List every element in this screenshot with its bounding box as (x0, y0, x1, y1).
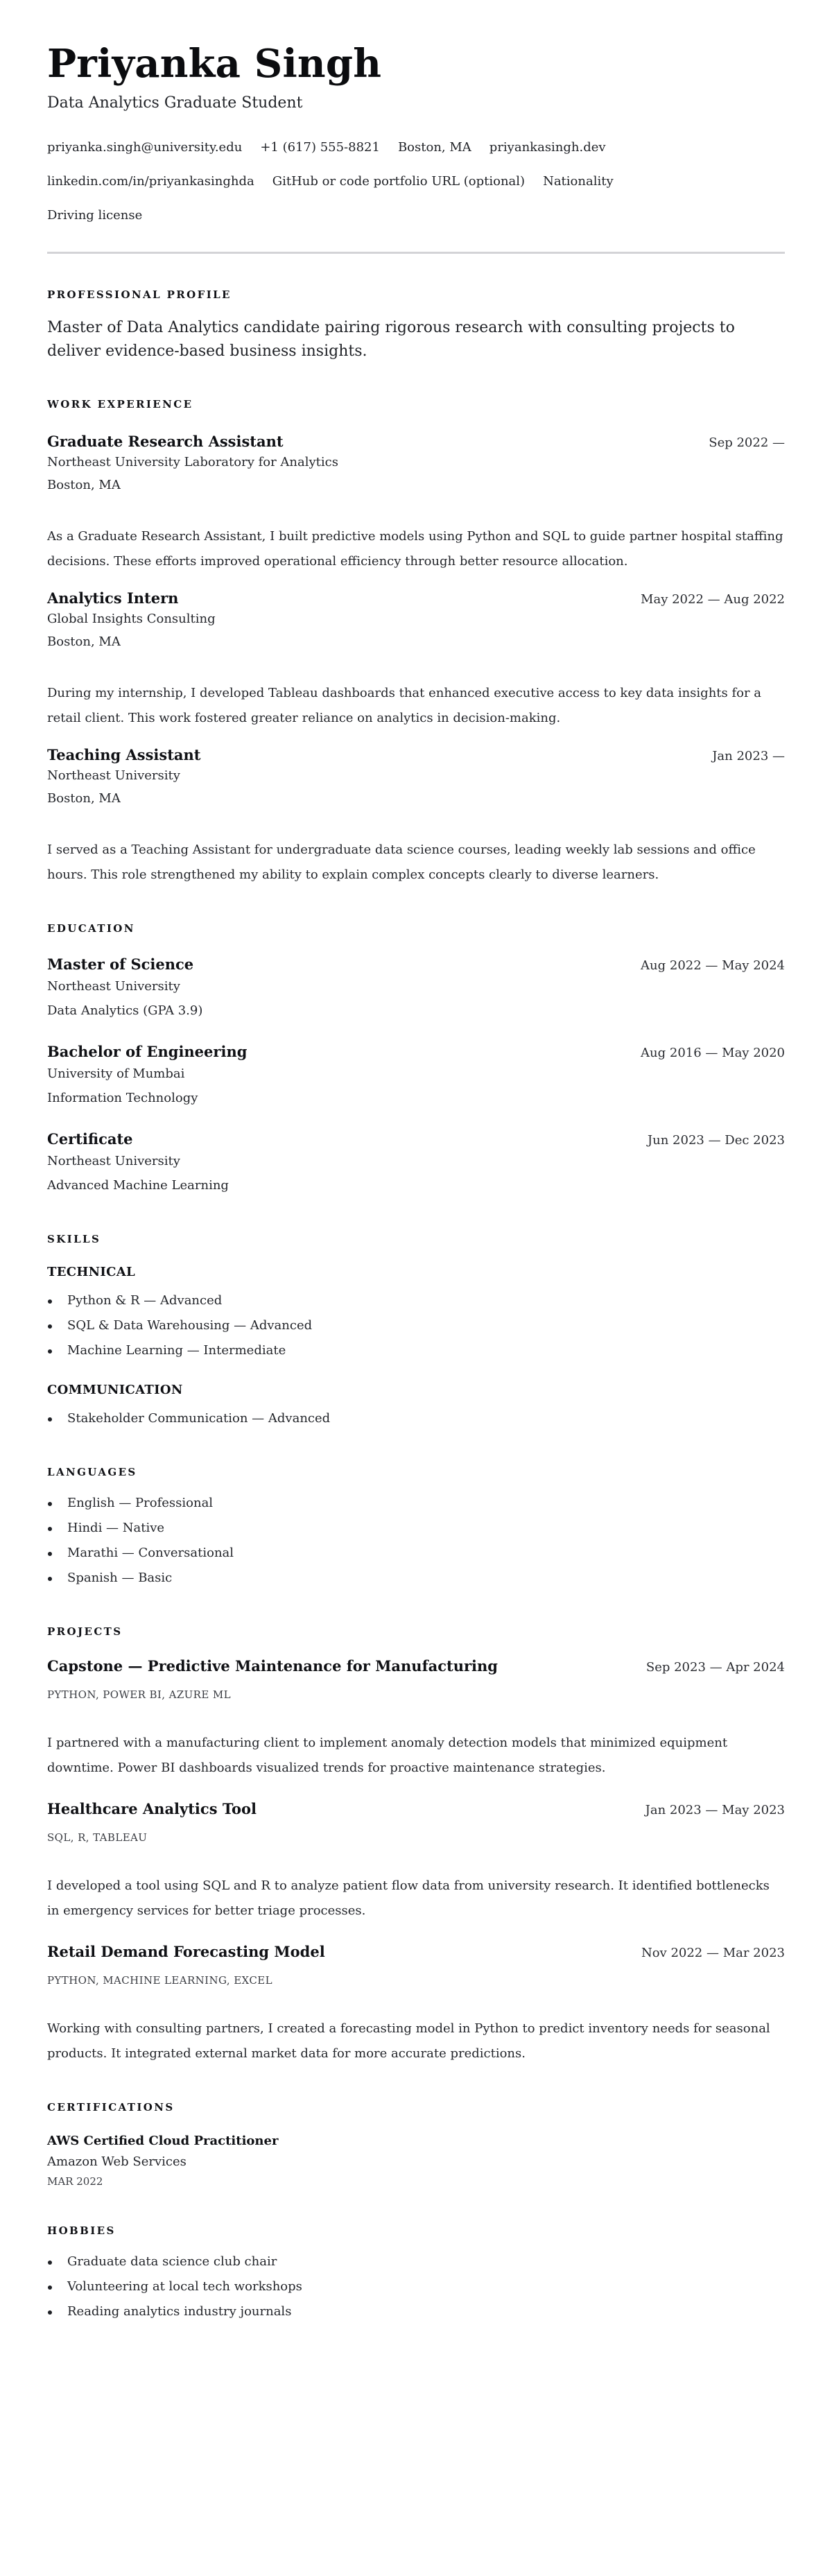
skill-item: Stakeholder Communication — Advanced (47, 1406, 785, 1431)
project-title: Retail Demand Forecasting Model (47, 1942, 325, 1962)
work-entry: Teaching Assistant Jan 2023 — Northeast … (47, 745, 785, 888)
job-description: I served as a Teaching Assistant for und… (47, 838, 785, 888)
hobby-item: Volunteering at local tech workshops (47, 2274, 785, 2299)
contact-phone[interactable]: +1 (617) 555-8821 (260, 130, 380, 164)
job-description: During my internship, I developed Tablea… (47, 681, 785, 731)
job-date: Jan 2023 — (712, 749, 785, 763)
section-education: EDUCATION Master of Science Aug 2022 — M… (47, 922, 785, 1198)
section-title: HOBBIES (47, 2224, 785, 2237)
institution-name: Northeast University (47, 1150, 785, 1173)
resume-header: Priyanka Singh Data Analytics Graduate S… (47, 40, 785, 232)
candidate-name: Priyanka Singh (47, 40, 785, 87)
project-description: I developed a tool using SQL and R to an… (47, 1874, 785, 1924)
work-entry: Analytics Intern May 2022 — Aug 2022 Glo… (47, 588, 785, 731)
hobby-item: Graduate data science club chair (47, 2249, 785, 2274)
project-title: Healthcare Analytics Tool (47, 1799, 257, 1819)
certification-name: AWS Certified Cloud Practitioner (47, 2132, 785, 2151)
section-title: SKILLS (47, 1233, 785, 1245)
field-of-study: Advanced Machine Learning (47, 1173, 785, 1198)
hobby-list: Graduate data science club chair Volunte… (47, 2249, 785, 2324)
project-title: Capstone — Predictive Maintenance for Ma… (47, 1656, 498, 1677)
project-date: Sep 2023 — Apr 2024 (646, 1660, 785, 1675)
project-tech-stack: PYTHON, POWER BI, AZURE ML (47, 1686, 785, 1703)
skill-item: SQL & Data Warehousing — Advanced (47, 1313, 785, 1338)
section-title: PROJECTS (47, 1625, 785, 1638)
contact-website[interactable]: priyankasingh.dev (489, 130, 606, 164)
education-entry: Certificate Jun 2023 — Dec 2023 Northeas… (47, 1129, 785, 1198)
job-title: Analytics Intern (47, 588, 178, 609)
project-tech-stack: SQL, R, TABLEAU (47, 1829, 785, 1846)
hobby-item: Reading analytics industry journals (47, 2299, 785, 2324)
job-location: Boston, MA (47, 473, 785, 498)
education-entry: Master of Science Aug 2022 — May 2024 No… (47, 954, 785, 1023)
project-entry: Capstone — Predictive Maintenance for Ma… (47, 1656, 785, 1781)
job-date: Sep 2022 — (709, 435, 785, 450)
project-date: Jan 2023 — May 2023 (645, 1803, 785, 1817)
field-of-study: Information Technology (47, 1086, 785, 1111)
section-title: PROFESSIONAL PROFILE (47, 288, 785, 301)
degree-date: Aug 2016 — May 2020 (641, 1046, 785, 1060)
degree-title: Master of Science (47, 954, 193, 975)
project-description: I partnered with a manufacturing client … (47, 1731, 785, 1781)
section-certifications: CERTIFICATIONS AWS Certified Cloud Pract… (47, 2101, 785, 2190)
project-date: Nov 2022 — Mar 2023 (641, 1946, 785, 1960)
contact-email[interactable]: priyanka.singh@university.edu (47, 130, 242, 164)
project-description: Working with consulting partners, I crea… (47, 2016, 785, 2066)
skill-item: Machine Learning — Intermediate (47, 1338, 785, 1363)
certification-date: MAR 2022 (47, 2173, 785, 2190)
section-skills: SKILLS TECHNICAL Python & R — Advanced S… (47, 1233, 785, 1431)
contact-driving-license: Driving license (47, 198, 142, 232)
candidate-title: Data Analytics Graduate Student (47, 93, 785, 114)
skill-list: Stakeholder Communication — Advanced (47, 1406, 785, 1431)
education-entry: Bachelor of Engineering Aug 2016 — May 2… (47, 1041, 785, 1111)
project-tech-stack: PYTHON, MACHINE LEARNING, EXCEL (47, 1972, 785, 1989)
certification-entry: AWS Certified Cloud Practitioner Amazon … (47, 2132, 785, 2190)
header-divider (47, 252, 785, 254)
language-list: English — Professional Hindi — Native Ma… (47, 1491, 785, 1591)
institution-name: University of Mumbai (47, 1062, 785, 1086)
job-date: May 2022 — Aug 2022 (641, 592, 785, 607)
section-title: CERTIFICATIONS (47, 2101, 785, 2113)
section-title: WORK EXPERIENCE (47, 398, 785, 410)
resume-page: Priyanka Singh Data Analytics Graduate S… (0, 0, 832, 2366)
section-profile: PROFESSIONAL PROFILE Master of Data Anal… (47, 288, 785, 363)
job-description: As a Graduate Research Assistant, I buil… (47, 524, 785, 574)
language-item: English — Professional (47, 1491, 785, 1516)
job-location: Boston, MA (47, 786, 785, 811)
certification-issuer: Amazon Web Services (47, 2151, 785, 2173)
contact-github[interactable]: GitHub or code portfolio URL (optional) (272, 164, 525, 198)
skill-group-title: TECHNICAL (47, 1263, 785, 1281)
skill-list: Python & R — Advanced SQL & Data Warehou… (47, 1288, 785, 1363)
field-of-study: Data Analytics (GPA 3.9) (47, 999, 785, 1023)
contact-location: Boston, MA (398, 130, 471, 164)
section-title: EDUCATION (47, 922, 785, 935)
contact-nationality: Nationality (543, 164, 614, 198)
job-organization: Global Insights Consulting (47, 609, 785, 630)
skill-item: Python & R — Advanced (47, 1288, 785, 1313)
section-title: LANGUAGES (47, 1466, 785, 1478)
degree-date: Jun 2023 — Dec 2023 (648, 1133, 785, 1148)
job-organization: Northeast University (47, 766, 785, 786)
project-entry: Retail Demand Forecasting Model Nov 2022… (47, 1942, 785, 2066)
skill-group-title: COMMUNICATION (47, 1381, 785, 1399)
degree-date: Aug 2022 — May 2024 (641, 958, 785, 973)
institution-name: Northeast University (47, 975, 785, 999)
work-entry: Graduate Research Assistant Sep 2022 — N… (47, 431, 785, 574)
language-item: Marathi — Conversational (47, 1541, 785, 1566)
degree-title: Certificate (47, 1129, 133, 1150)
project-entry: Healthcare Analytics Tool Jan 2023 — May… (47, 1799, 785, 1924)
section-hobbies: HOBBIES Graduate data science club chair… (47, 2224, 785, 2324)
language-item: Hindi — Native (47, 1516, 785, 1541)
section-languages: LANGUAGES English — Professional Hindi —… (47, 1466, 785, 1591)
language-item: Spanish — Basic (47, 1566, 785, 1591)
contact-info: priyanka.singh@university.edu+1 (617) 55… (47, 130, 785, 232)
job-title: Teaching Assistant (47, 745, 201, 766)
degree-title: Bachelor of Engineering (47, 1041, 247, 1062)
job-organization: Northeast University Laboratory for Anal… (47, 452, 785, 473)
section-work-experience: WORK EXPERIENCE Graduate Research Assist… (47, 398, 785, 888)
section-projects: PROJECTS Capstone — Predictive Maintenan… (47, 1625, 785, 2066)
job-title: Graduate Research Assistant (47, 431, 284, 452)
profile-summary: Master of Data Analytics candidate pairi… (47, 316, 785, 363)
contact-linkedin[interactable]: linkedin.com/in/priyankasinghda (47, 164, 254, 198)
job-location: Boston, MA (47, 630, 785, 655)
